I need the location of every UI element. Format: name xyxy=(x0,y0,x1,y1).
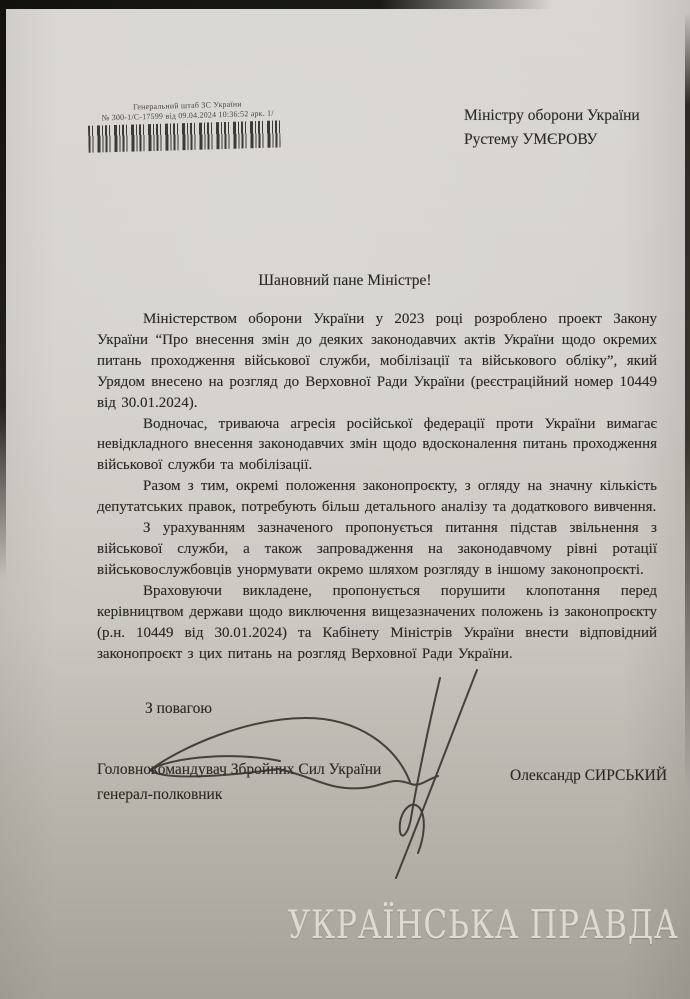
salutation: Шановний пане Міністре! xyxy=(0,272,690,290)
signature-position-block: Головнокомандувач Збройних Сил України г… xyxy=(97,757,457,807)
photo-edge-top xyxy=(0,0,690,9)
addressee-line-1: Міністру оборони України xyxy=(464,104,674,128)
paragraph-4: З урахуванням зазначеного пропонується п… xyxy=(97,518,657,581)
paragraph-5: Враховуючи викладене, пропонується поруш… xyxy=(97,581,657,665)
closing-line: З повагою xyxy=(145,700,212,718)
paragraph-1: Міністерством оборони України у 2023 роц… xyxy=(97,309,657,414)
signatory-name: Олександр СИРСЬКИЙ xyxy=(510,767,667,785)
letter-body: Міністерством оборони України у 2023 роц… xyxy=(97,309,657,664)
paragraph-2: Водночас, триваюча агресія російської фе… xyxy=(97,414,657,477)
paragraph-3: Разом з тим, окремі положення законопроє… xyxy=(97,476,657,518)
photo-edge-right xyxy=(685,12,690,791)
registration-stamp: Генеральний штаб ЗС України № 300-1/С-17… xyxy=(87,98,288,153)
ukrainska-pravda-watermark: УКРАЇНСЬКА ПРАВДА xyxy=(287,903,678,949)
scanned-letter-photo: Генеральний штаб ЗС України № 300-1/С-17… xyxy=(0,0,690,999)
addressee-line-2: Рустему УМЄРОВУ xyxy=(464,128,674,152)
signature-position-line-1: Головнокомандувач Збройних Сил України xyxy=(97,757,457,782)
signature-position-line-2: генерал-полковник xyxy=(97,782,457,807)
addressee-block: Міністру оборони України Рустему УМЄРОВУ xyxy=(464,104,674,152)
barcode xyxy=(88,120,281,152)
